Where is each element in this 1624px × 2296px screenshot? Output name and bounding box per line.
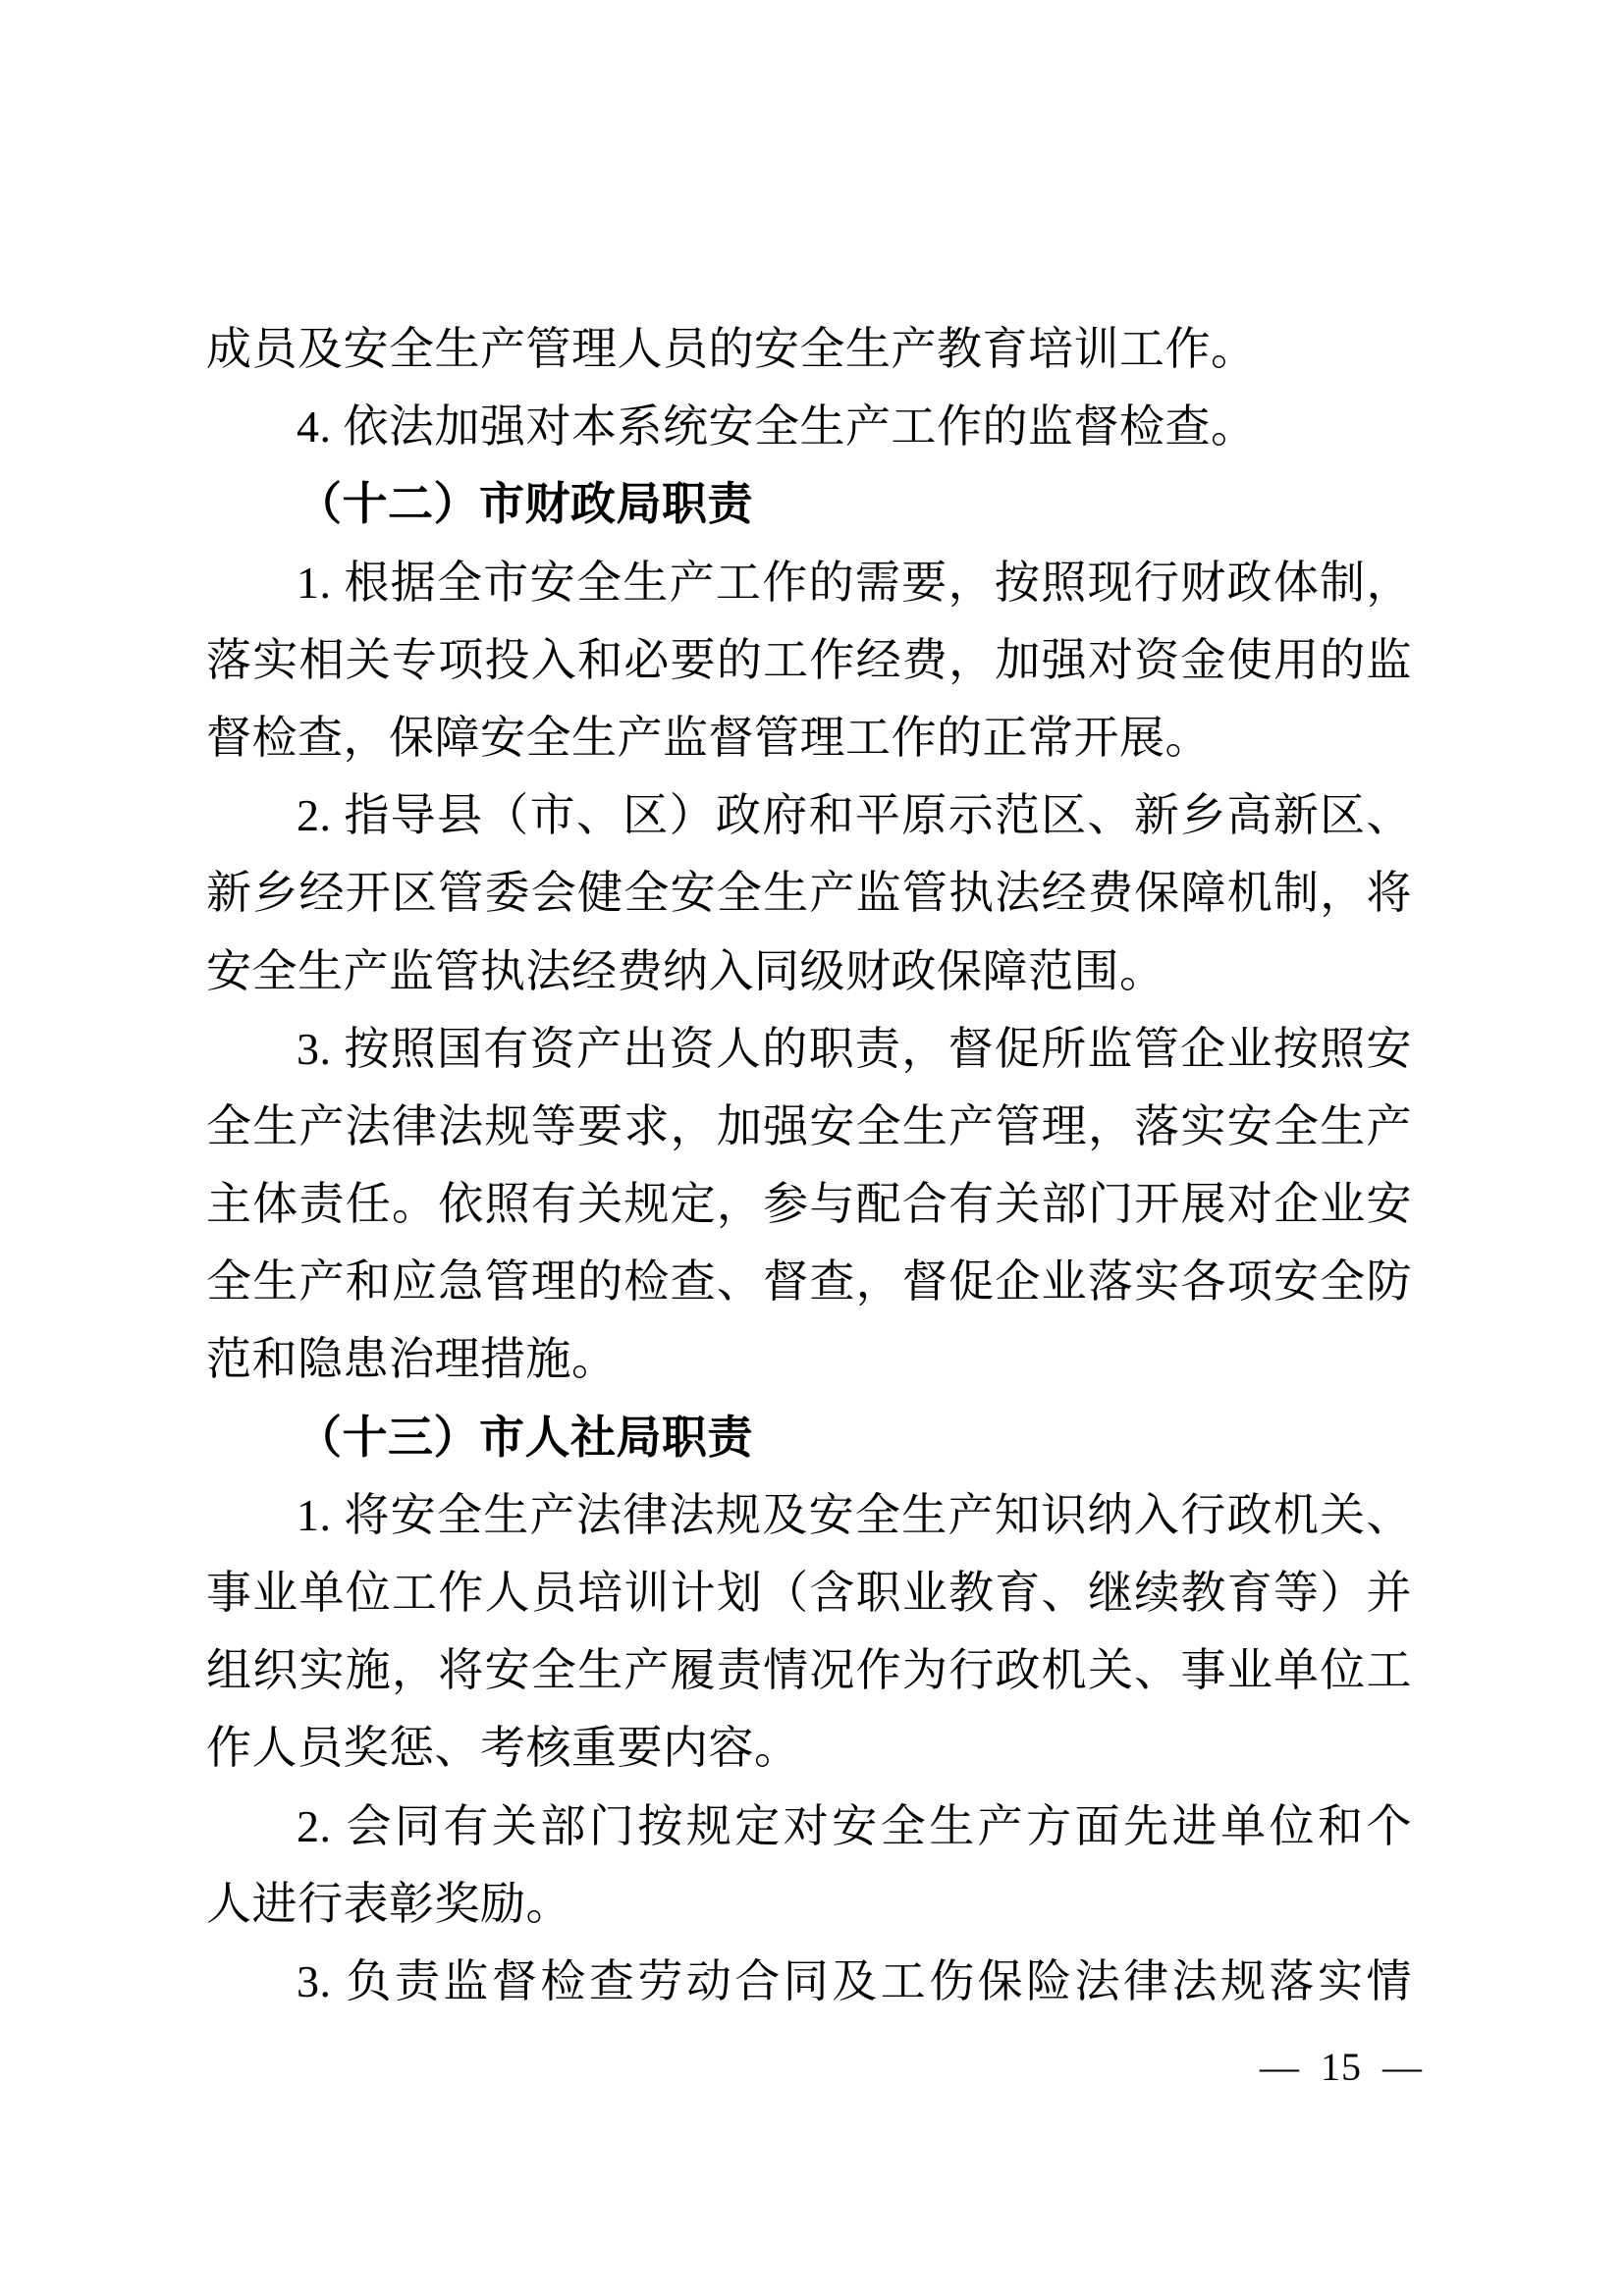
- page-number: — 15 —: [1260, 2044, 1423, 2091]
- text-line-13: 全生产和应急管理的检查、督查，督促企业落实各项安全防: [206, 1243, 1412, 1320]
- text-line-12: 主体责任。依照有关规定，参与配合有关部门开展对企业安: [206, 1165, 1412, 1243]
- text-line-14: 范和隐患治理措施。: [206, 1320, 1412, 1398]
- text-line-18: 组织实施，将安全生产履责情况作为行政机关、事业单位工: [206, 1631, 1412, 1709]
- text-line-1: 成员及安全生产管理人员的安全生产教育培训工作。: [206, 310, 1412, 388]
- text-line-7: 2. 指导县（市、区）政府和平原示范区、新乡高新区、: [206, 776, 1412, 854]
- text-line-22: 3. 负责监督检查劳动合同及工伤保险法律法规落实情: [206, 1943, 1412, 2020]
- text-line-6: 督检查，保障安全生产监督管理工作的正常开展。: [206, 699, 1412, 776]
- text-line-9: 安全生产监管执法经费纳入同级财政保障范围。: [206, 933, 1412, 1010]
- text-line-5: 落实相关专项投入和必要的工作经费，加强对资金使用的监: [206, 621, 1412, 699]
- text-line-19: 作人员奖惩、考核重要内容。: [206, 1709, 1412, 1787]
- text-line-11: 全生产法律法规等要求，加强安全生产管理，落实安全生产: [206, 1088, 1412, 1165]
- text-line-20: 2. 会同有关部门按规定对安全生产方面先进单位和个: [206, 1788, 1412, 1865]
- text-line-4: 1. 根据全市安全生产工作的需要，按照现行财政体制，: [206, 544, 1412, 621]
- document-body: 成员及安全生产管理人员的安全生产教育培训工作。4. 依法加强对本系统安全生产工作…: [206, 310, 1412, 2020]
- text-line-15: （十三）市人社局职责: [206, 1399, 1412, 1476]
- text-line-8: 新乡经开区管委会健全安全生产监管执法经费保障机制，将: [206, 854, 1412, 932]
- text-line-17: 事业单位工作人员培训计划（含职业教育、继续教育等）并: [206, 1554, 1412, 1631]
- text-line-2: 4. 依法加强对本系统安全生产工作的监督检查。: [206, 388, 1412, 465]
- text-line-21: 人进行表彰奖励。: [206, 1865, 1412, 1943]
- text-line-10: 3. 按照国有资产出资人的职责，督促所监管企业按照安: [206, 1010, 1412, 1088]
- text-line-3: （十二）市财政局职责: [206, 465, 1412, 543]
- document-page: 成员及安全生产管理人员的安全生产教育培训工作。4. 依法加强对本系统安全生产工作…: [0, 0, 1624, 2296]
- text-line-16: 1. 将安全生产法律法规及安全生产知识纳入行政机关、: [206, 1476, 1412, 1554]
